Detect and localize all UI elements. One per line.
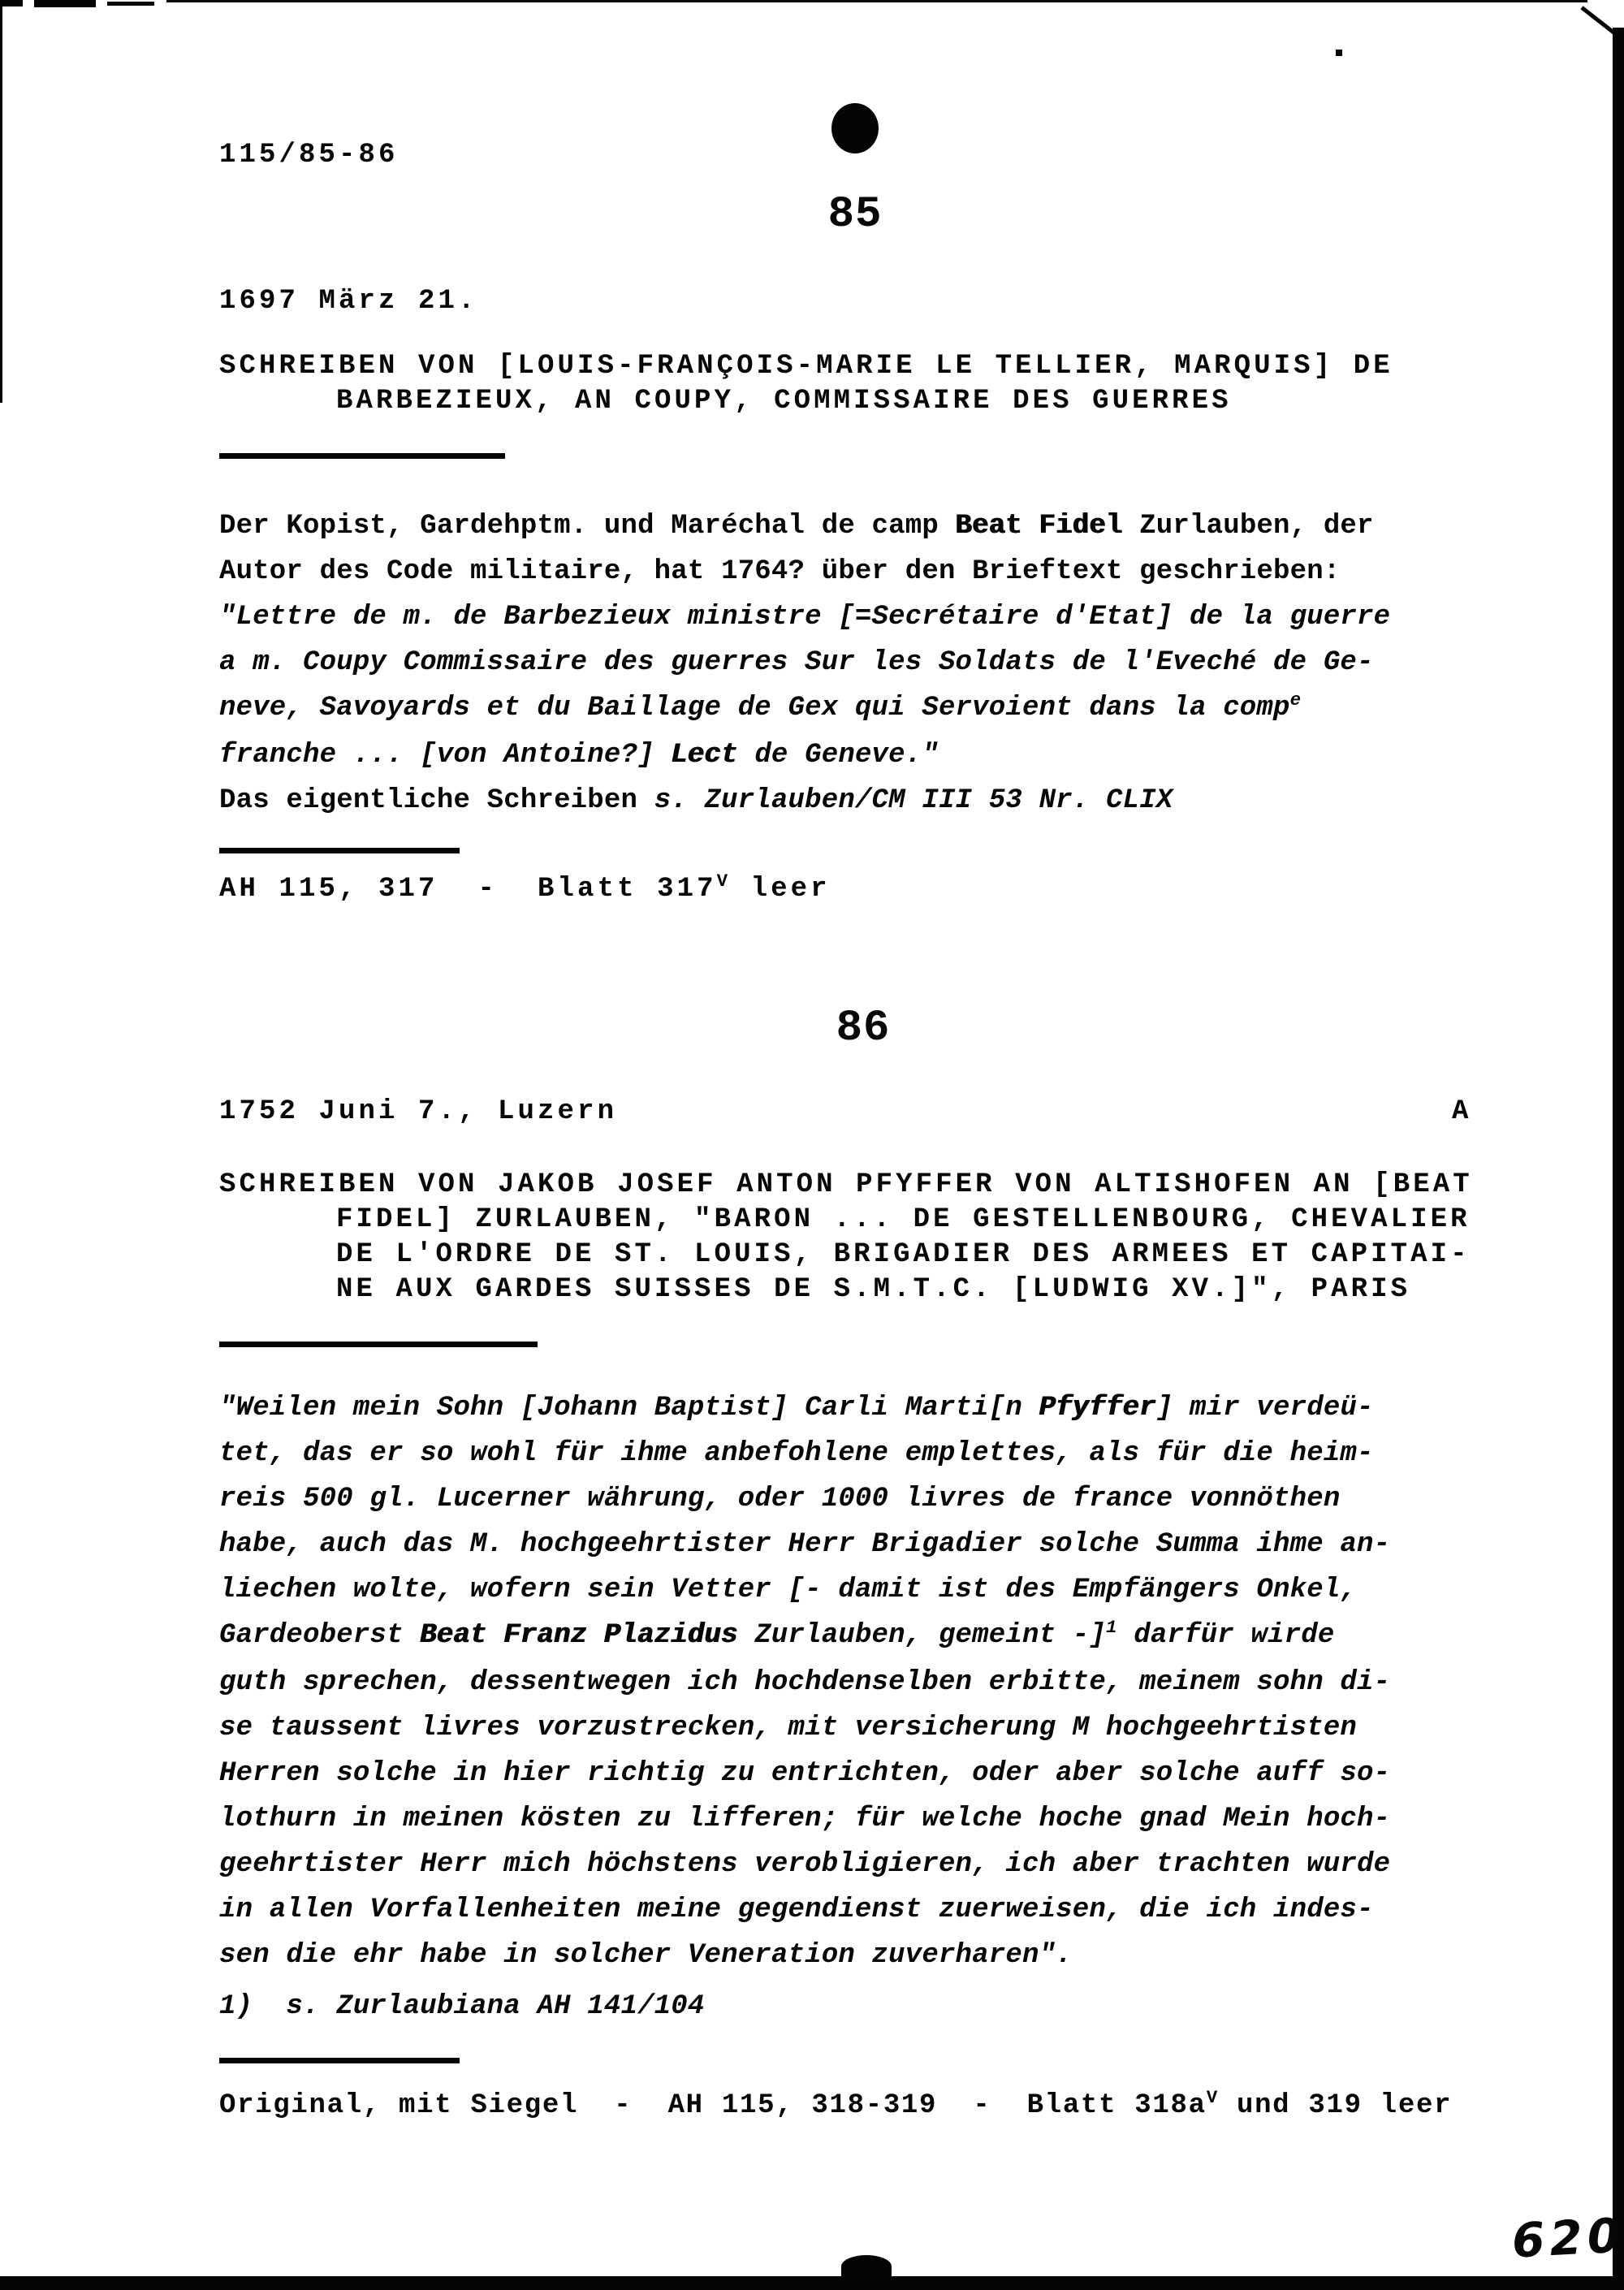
- separator-rule: [219, 453, 505, 459]
- body-line: a m. Coupy Commissaire des guerres Sur l…: [219, 640, 1390, 685]
- body-line: habe, auch das M. hochgeehrtister Herr B…: [219, 1522, 1390, 1567]
- text-segment: a m. Coupy Commissaire des guerres Sur l…: [219, 647, 1374, 678]
- entry-85-body: Der Kopist, Gardehptm. und Maréchal de c…: [219, 503, 1390, 823]
- scan-corner-slash: [1580, 6, 1618, 37]
- scan-edge-right-bar: [1613, 28, 1624, 2290]
- text-segment: reis 500 gl. Lucerner währung, oder 1000…: [219, 1484, 1340, 1514]
- text-segment: liechen wolte, wofern sein Vetter [- dam…: [219, 1575, 1357, 1605]
- body-line: in allen Vorfallenheiten meine gegendien…: [219, 1887, 1390, 1933]
- text-segment: ] mir verdeü-: [1156, 1393, 1374, 1424]
- text-segment: leer: [731, 874, 831, 905]
- scan-edge-dash: [0, 0, 23, 6]
- text-segment: franche ... [von Antoine?]: [219, 740, 671, 771]
- scan-edge-left-line: [0, 5, 2, 403]
- body-line: Autor des Code militaire, hat 1764? über…: [219, 549, 1390, 594]
- body-line: franche ... [von Antoine?] Lect de Genev…: [219, 732, 1390, 778]
- text-segment: "Weilen mein Sohn [Johann Baptist] Carli…: [219, 1393, 1039, 1424]
- body-line: neve, Savoyards et du Baillage de Gex qu…: [219, 685, 1390, 732]
- entry-86-provenance: Original, mit Siegel - AH 115, 318-319 -…: [219, 2090, 1452, 2121]
- body-line: "Lettre de m. de Barbezieux ministre [=S…: [219, 594, 1390, 640]
- text-segment: Der Kopist, Gardehptm. und Maréchal de c…: [219, 511, 956, 542]
- title-line: DE L'ORDRE DE ST. LOUIS, BRIGADIER DES A…: [219, 1238, 1473, 1272]
- scan-edge-dash: [107, 2, 154, 6]
- superscript-text: e: [1290, 689, 1302, 711]
- entry-86-corner-letter: A: [1452, 1096, 1472, 1127]
- text-segment: Lect: [671, 740, 737, 771]
- text-segment: se taussent livres vorzustrecken, mit ve…: [219, 1713, 1357, 1743]
- separator-rule: [219, 1342, 538, 1347]
- text-segment: darfür wirde: [1117, 1620, 1335, 1651]
- body-line: sen die ehr habe in solcher Veneration z…: [219, 1933, 1390, 1978]
- body-line: se taussent livres vorzustrecken, mit ve…: [219, 1705, 1390, 1751]
- text-segment: Zurlauben, gemeint -]: [738, 1620, 1106, 1651]
- text-segment: Herren solche in hier richtig zu entrich…: [219, 1758, 1390, 1789]
- body-line: liechen wolte, wofern sein Vetter [- dam…: [219, 1567, 1390, 1613]
- text-segment: Autor des Code militaire, hat 1764? über…: [219, 556, 1340, 587]
- text-segment: Original, mit Siegel - AH 115, 318-319 -…: [219, 2090, 1207, 2121]
- text-segment: habe, auch das M. hochgeehrtister Herr B…: [219, 1529, 1390, 1560]
- page-ref: 115/85-86: [219, 140, 399, 171]
- superscript-text: V: [1207, 2087, 1219, 2108]
- text-segment: Pfyffer: [1039, 1393, 1156, 1424]
- entry-number-86: 86: [782, 1004, 944, 1053]
- body-line: guth sprechen, dessentwegen ich hochdens…: [219, 1660, 1390, 1705]
- body-line: Gardeoberst Beat Franz Plazidus Zurlaube…: [219, 1613, 1390, 1660]
- body-line: "Weilen mein Sohn [Johann Baptist] Carli…: [219, 1385, 1390, 1431]
- text-segment: s. Zurlauben/CM III 53 Nr. CLIX: [654, 785, 1173, 816]
- text-segment: Beat Fidel: [956, 511, 1123, 542]
- scanned-archive-page: { "page": { "ref": "115/85-86", "handwri…: [0, 0, 1624, 2290]
- title-line: SCHREIBEN VON [LOUIS-FRANÇOIS-MARIE LE T…: [219, 349, 1393, 384]
- text-segment: AH 115, 317 - Blatt 317: [219, 874, 717, 905]
- scan-speck: [1336, 50, 1342, 56]
- body-line: geehrtister Herr mich höchstens veroblig…: [219, 1842, 1390, 1887]
- text-segment: in allen Vorfallenheiten meine gegendien…: [219, 1895, 1374, 1925]
- text-segment: Das eigentliche Schreiben: [219, 785, 654, 816]
- title-line: FIDEL] ZURLAUBEN, "BARON ... DE GESTELLE…: [219, 1203, 1473, 1238]
- scan-edge-top-line: [166, 0, 1587, 2]
- text-segment: Gardeoberst: [219, 1620, 420, 1651]
- text-segment: de Geneve.": [738, 740, 939, 771]
- body-line: Der Kopist, Gardehptm. und Maréchal de c…: [219, 503, 1390, 549]
- handwritten-folio-number: 620: [1510, 2207, 1624, 2268]
- text-segment: guth sprechen, dessentwegen ich hochdens…: [219, 1667, 1390, 1698]
- text-segment: "Lettre de m. de Barbezieux ministre [=S…: [219, 602, 1390, 633]
- body-line: Herren solche in hier richtig zu entrich…: [219, 1751, 1390, 1796]
- text-segment: lothurn in meinen kösten zu lifferen; fü…: [219, 1804, 1390, 1834]
- separator-rule: [219, 848, 460, 853]
- entry-86-footnote: 1) s. Zurlaubiana AH 141/104: [219, 1991, 705, 2022]
- text-segment: Beat Franz Plazidus: [420, 1620, 737, 1651]
- body-line: Das eigentliche Schreiben s. Zurlauben/C…: [219, 778, 1390, 823]
- title-line: NE AUX GARDES SUISSES DE S.M.T.C. [LUDWI…: [219, 1272, 1473, 1307]
- entry-85-title: SCHREIBEN VON [LOUIS-FRANÇOIS-MARIE LE T…: [219, 349, 1393, 419]
- entry-85-archive-ref: AH 115, 317 - Blatt 317V leer: [219, 874, 831, 905]
- entry-86-title: SCHREIBEN VON JAKOB JOSEF ANTON PFYFFER …: [219, 1168, 1473, 1307]
- text-segment: Zurlauben, der: [1123, 511, 1374, 542]
- text-segment: sen die ehr habe in solcher Veneration z…: [219, 1940, 1073, 1971]
- text-segment: neve, Savoyards et du Baillage de Gex qu…: [219, 693, 1290, 724]
- punch-hole-dot: [831, 103, 879, 153]
- superscript-text: V: [717, 871, 732, 892]
- entry-number-85: 85: [774, 190, 936, 240]
- entry-86-date: 1752 Juni 7., Luzern: [219, 1096, 617, 1127]
- separator-rule: [219, 2058, 460, 2063]
- superscript-text: 1: [1106, 1617, 1117, 1638]
- entry-86-body: "Weilen mein Sohn [Johann Baptist] Carli…: [219, 1385, 1390, 1978]
- scan-edge-bottom-bar: [0, 2276, 1624, 2290]
- body-line: tet, das er so wohl für ihme anbefohlene…: [219, 1431, 1390, 1476]
- text-segment: und 319 leer: [1219, 2090, 1452, 2121]
- title-line: BARBEZIEUX, AN COUPY, COMMISSAIRE DES GU…: [219, 384, 1393, 419]
- body-line: lothurn in meinen kösten zu lifferen; fü…: [219, 1796, 1390, 1842]
- entry-85-date: 1697 März 21.: [219, 286, 478, 317]
- text-segment: geehrtister Herr mich höchstens veroblig…: [219, 1849, 1390, 1880]
- title-line: SCHREIBEN VON JAKOB JOSEF ANTON PFYFFER …: [219, 1168, 1473, 1203]
- scan-edge-dash: [34, 0, 96, 7]
- body-line: reis 500 gl. Lucerner währung, oder 1000…: [219, 1476, 1390, 1522]
- scan-bottom-bump: [841, 2255, 892, 2278]
- text-segment: tet, das er so wohl für ihme anbefohlene…: [219, 1438, 1374, 1469]
